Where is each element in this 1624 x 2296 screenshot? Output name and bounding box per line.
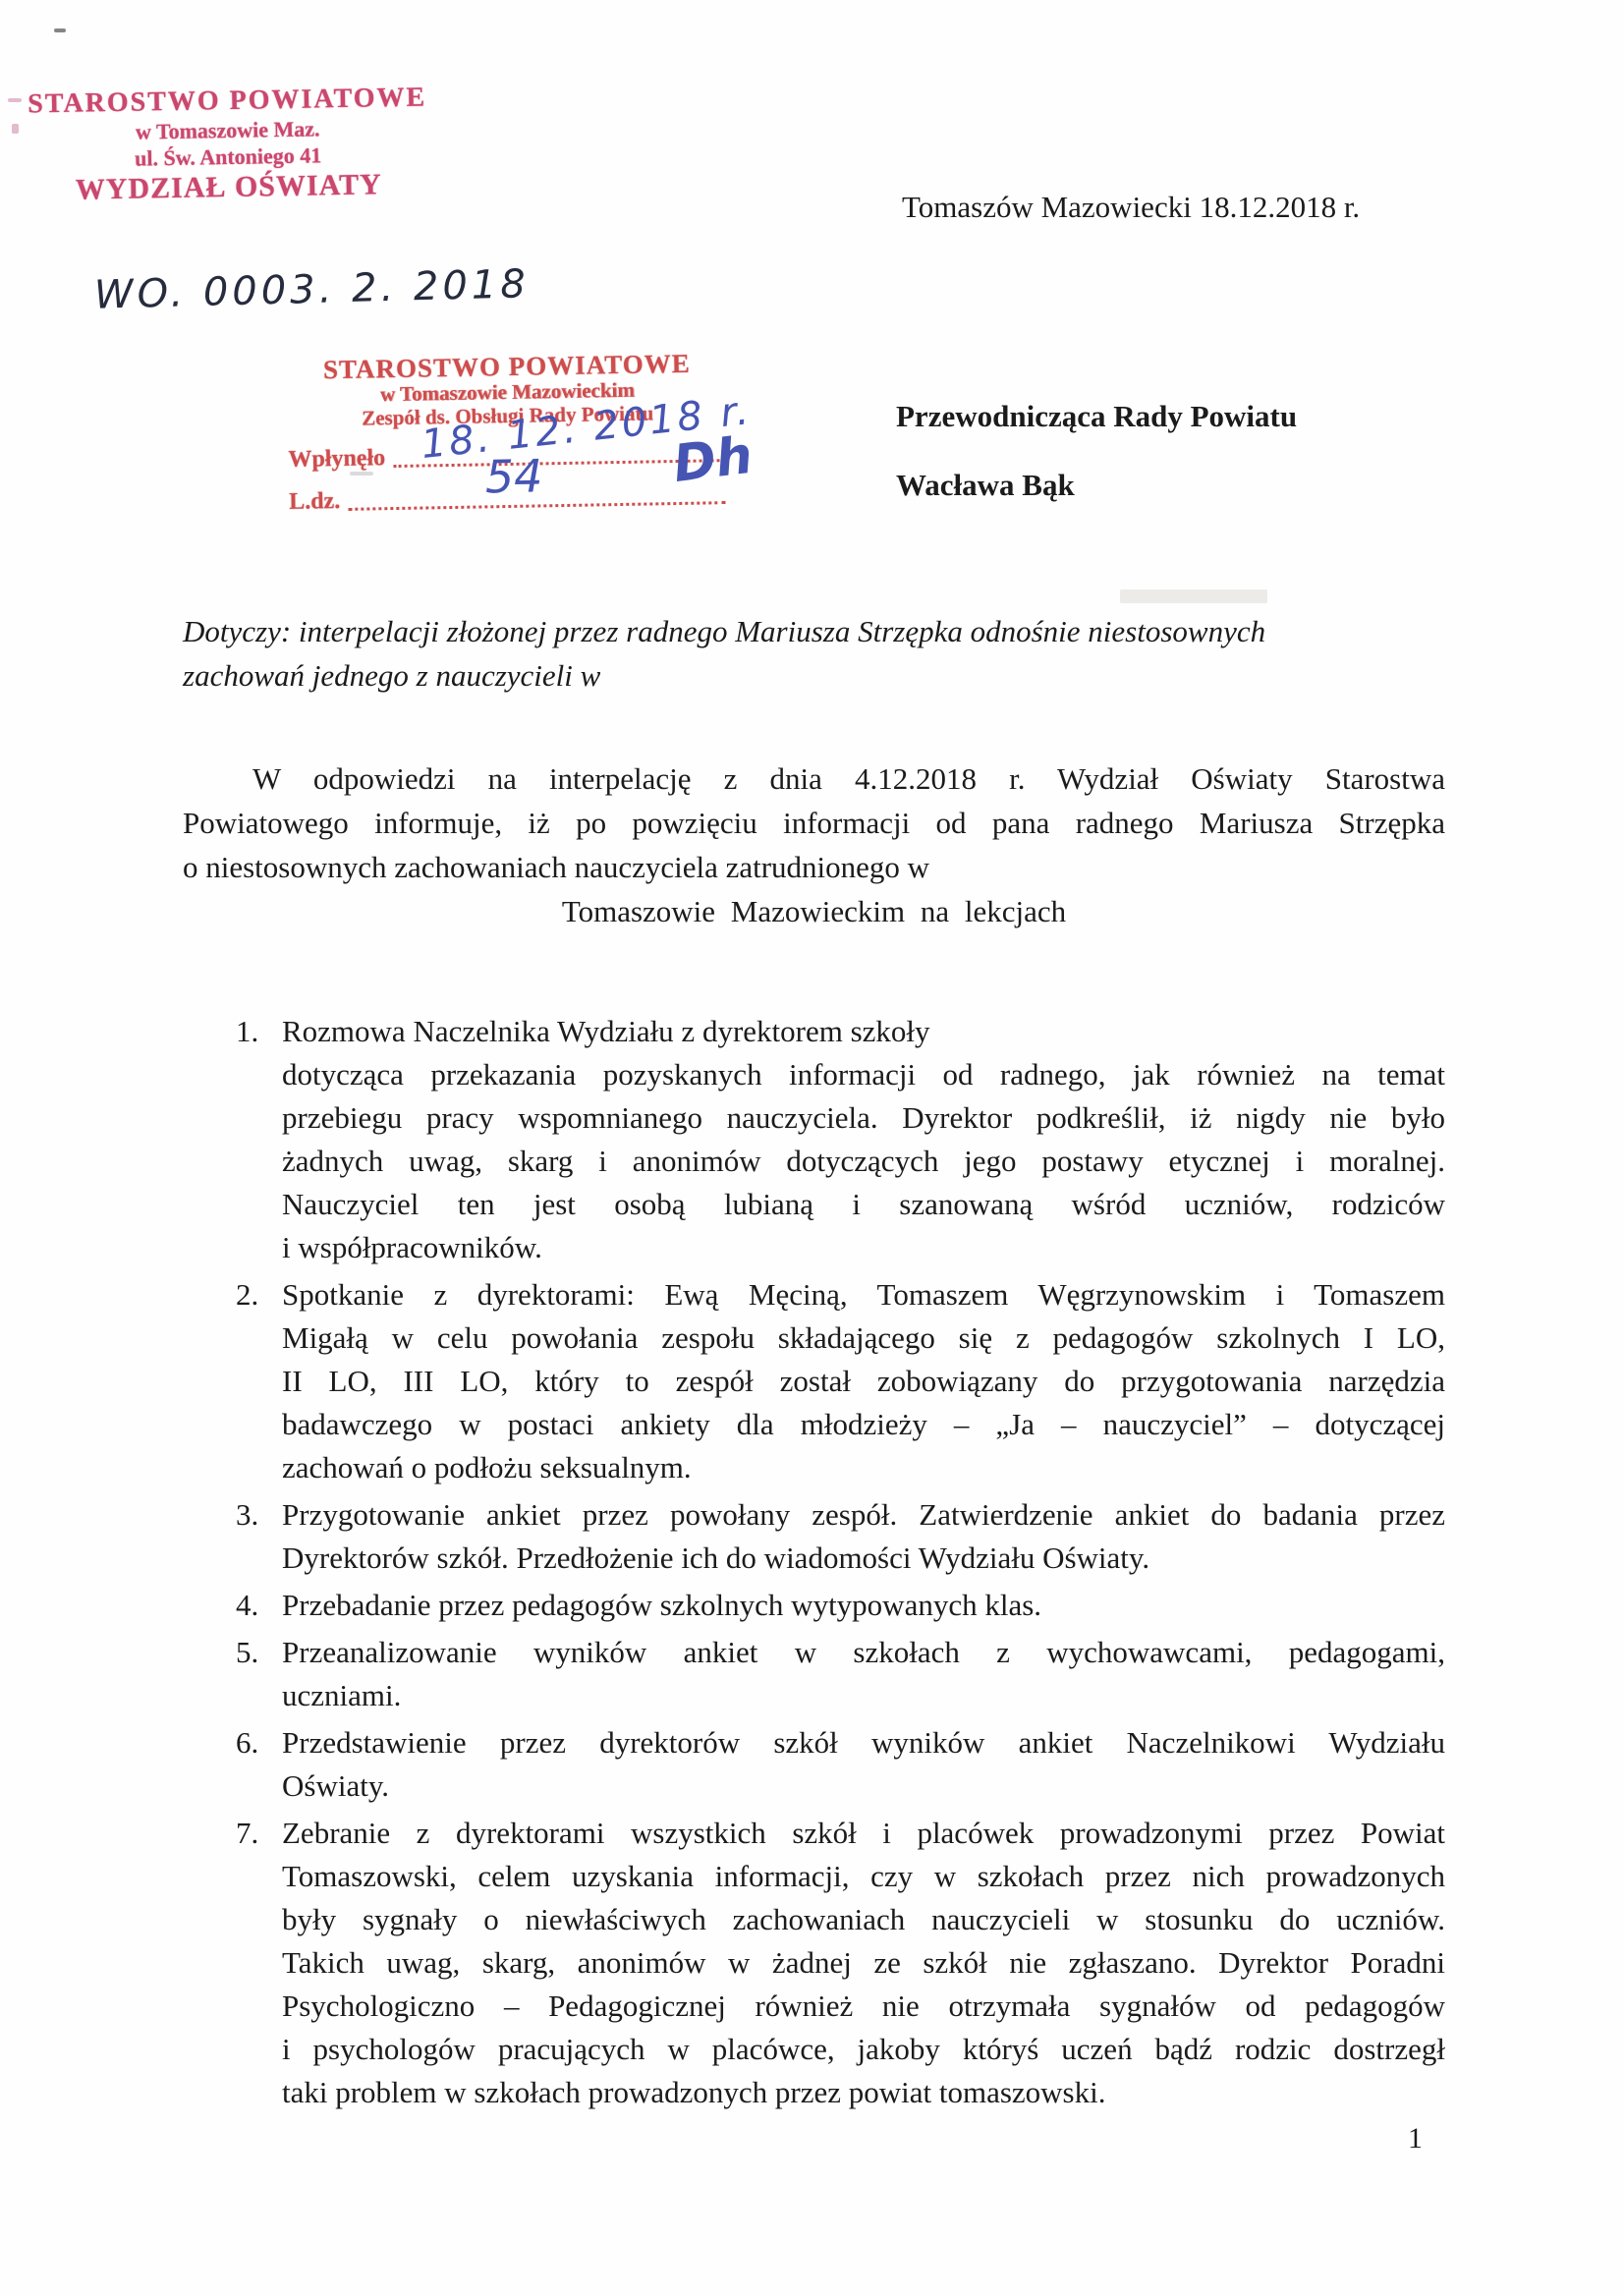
list-item-line: Przygotowanie ankiet przez powołany zesp… [282, 1493, 1445, 1537]
list-item-number: 2. [236, 1273, 282, 1489]
list-item-line: Takich uwag, skarg, anonimów w żadnej ze… [282, 1941, 1445, 1985]
list-item-number: 3. [236, 1493, 282, 1580]
opening-paragraph: W odpowiedzi na interpelację z dnia 4.12… [183, 756, 1445, 933]
list-item-text: Przebadanie przez pedagogów szkolnych wy… [282, 1584, 1445, 1627]
recipient-name: Wacława Bąk [896, 467, 1297, 504]
list-item-line: uczniami. [282, 1674, 1445, 1717]
list-item-number: 6. [236, 1721, 282, 1808]
list-item-line: zachowań o podłożu seksualnym. [282, 1446, 1445, 1489]
scan-artifact [12, 124, 19, 134]
list-item-text: Przygotowanie ankiet przez powołany zesp… [282, 1493, 1445, 1580]
list-item: 4. Przebadanie przez pedagogów szkolnych… [236, 1584, 1445, 1627]
received-label: Wpłynęło [288, 445, 385, 474]
list-item-line: i współpracowników. [282, 1226, 1445, 1269]
list-item-number: 7. [236, 1812, 282, 2114]
list-item-number: 1. [236, 1010, 282, 1269]
recipient-title: Przewodnicząca Rady Powiatu [896, 398, 1297, 435]
recipient-block: Przewodnicząca Rady Powiatu Wacława Bąk [896, 398, 1297, 504]
list-item-line: Psychologiczno – Pedagogicznej również n… [282, 1985, 1445, 2028]
letterhead-department: WYDZIAŁ OŚWIATY [28, 166, 429, 208]
receipt-stamp: STAROSTWO POWIATOWE w Tomaszowie Mazowie… [287, 348, 730, 516]
scan-artifact [1120, 589, 1267, 603]
list-item-text: Przedstawienie przez dyrektorów szkół wy… [282, 1721, 1445, 1808]
list-item-line: Spotkanie z dyrektorami: Ewą Męciną, Tom… [282, 1273, 1445, 1316]
list-item-text: Rozmowa Naczelnika Wydziału z dyrektorem… [282, 1010, 1445, 1269]
list-item-line: Przebadanie przez pedagogów szkolnych wy… [282, 1584, 1445, 1627]
date-line: Tomaszów Mazowiecki 18.12.2018 r. [902, 190, 1360, 225]
list-item-line: Zebranie z dyrektorami wszystkich szkół … [282, 1812, 1445, 1855]
list-item-line: Tomaszowski, celem uzyskania informacji,… [282, 1855, 1445, 1898]
list-item-line: II LO, III LO, który to zespół został zo… [282, 1360, 1445, 1403]
subject-line: zachowań jednego z nauczycieli w [183, 653, 1411, 698]
opening-line: Powiatowego informuje, iż po powzięciu i… [183, 801, 1445, 845]
list-item: 2. Spotkanie z dyrektorami: Ewą Męciną, … [236, 1273, 1445, 1489]
list-item-line: taki problem w szkołach prowadzonych prz… [282, 2071, 1445, 2114]
scan-artifact [54, 28, 66, 32]
list-item-line: badawczego w postaci ankiety dla młodzie… [282, 1403, 1445, 1446]
list-item-line: dotycząca przekazania pozyskanych inform… [282, 1053, 1445, 1096]
opening-line: o niestosownych zachowaniach nauczyciela… [183, 845, 1445, 889]
numbered-list: 1. Rozmowa Naczelnika Wydziału z dyrekto… [236, 1010, 1445, 2118]
list-item-line: przebiegu pracy wspomnianego nauczyciela… [282, 1096, 1445, 1140]
page-number: 1 [1408, 2122, 1423, 2156]
list-item-line: Migałą w celu powołania zespołu składają… [282, 1316, 1445, 1360]
list-item-line: żadnych uwag, skarg i anonimów dotyczący… [282, 1140, 1445, 1183]
letterhead-stamp: STAROSTWO POWIATOWE w Tomaszowie Maz. ul… [27, 81, 429, 208]
subject-line: Dotyczy: interpelacji złożonej przez rad… [183, 609, 1411, 653]
list-item-line: Przeanalizowanie wyników ankiet w szkoła… [282, 1631, 1445, 1674]
list-item: 1. Rozmowa Naczelnika Wydziału z dyrekto… [236, 1010, 1445, 1269]
scanned-letter-page: STAROSTWO POWIATOWE w Tomaszowie Maz. ul… [0, 0, 1624, 2296]
list-item-text: Zebranie z dyrektorami wszystkich szkół … [282, 1812, 1445, 2114]
list-item-number: 5. [236, 1631, 282, 1717]
paraph-handwritten: Dh [670, 426, 756, 494]
reference-number-handwritten: WO. 0003. 2. 2018 [93, 261, 530, 318]
list-item-line: Nauczyciel ten jest osobą lubianą i szan… [282, 1183, 1445, 1226]
list-item-line: Oświaty. [282, 1764, 1445, 1808]
list-item: 6. Przedstawienie przez dyrektorów szkół… [236, 1721, 1445, 1808]
subject-block: Dotyczy: interpelacji złożonej przez rad… [183, 609, 1411, 698]
scan-artifact [8, 98, 22, 102]
list-item-text: Spotkanie z dyrektorami: Ewą Męciną, Tom… [282, 1273, 1445, 1489]
list-item-line: Dyrektorów szkół. Przedłożenie ich do wi… [282, 1537, 1445, 1580]
list-item-number: 4. [236, 1584, 282, 1627]
list-item: 3. Przygotowanie ankiet przez powołany z… [236, 1493, 1445, 1580]
opening-line: W odpowiedzi na interpelację z dnia 4.12… [183, 756, 1445, 801]
list-item-line: były sygnały o niewłaściwych zachowaniac… [282, 1898, 1445, 1941]
list-item-line: Przedstawienie przez dyrektorów szkół wy… [282, 1721, 1445, 1764]
list-item-line: i psychologów pracujących w placówce, ja… [282, 2028, 1445, 2071]
list-item-text: Przeanalizowanie wyników ankiet w szkoła… [282, 1631, 1445, 1717]
opening-centered-line: Tomaszowie Mazowieckim na lekcjach [183, 889, 1445, 933]
list-item-line: Rozmowa Naczelnika Wydziału z dyrektorem… [282, 1010, 1445, 1053]
ldz-label: L.dz. [289, 488, 340, 516]
ldz-number-handwritten: 54 [484, 449, 542, 503]
list-item: 5. Przeanalizowanie wyników ankiet w szk… [236, 1631, 1445, 1717]
list-item: 7. Zebranie z dyrektorami wszystkich szk… [236, 1812, 1445, 2114]
